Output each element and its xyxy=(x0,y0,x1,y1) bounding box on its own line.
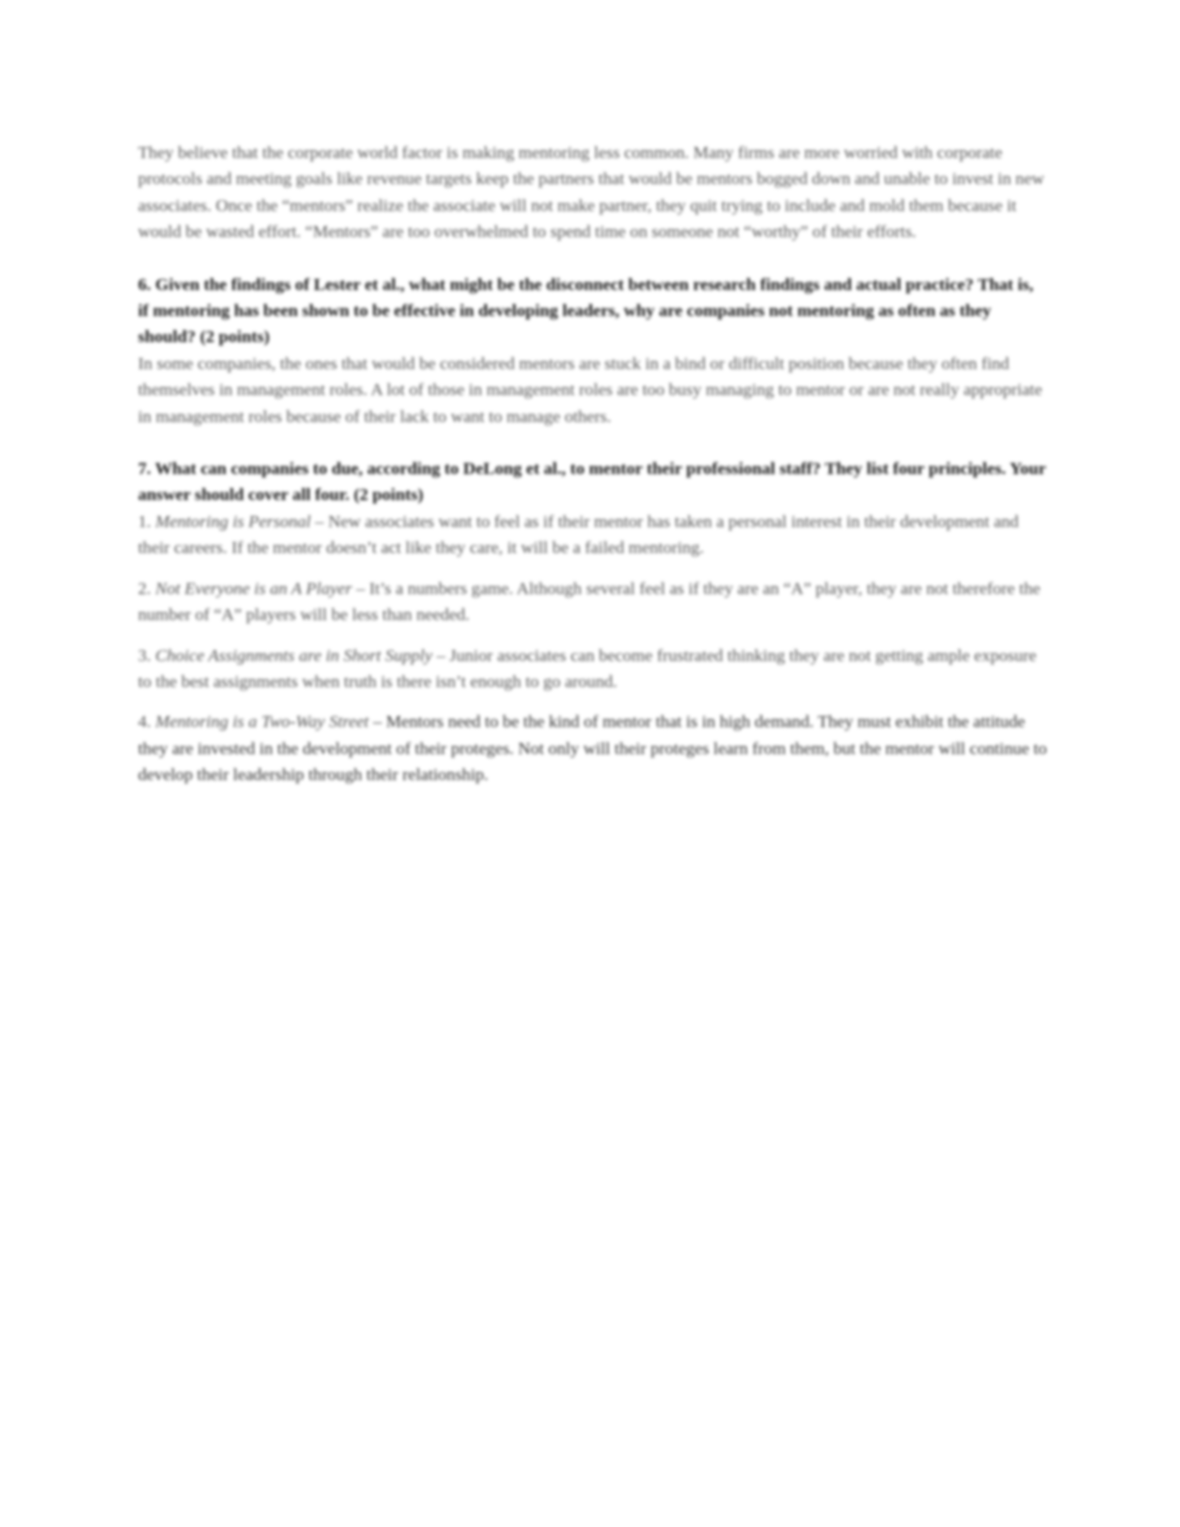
question-6-heading: 6. Given the findings of Lester et al., … xyxy=(138,272,1048,351)
principle-title: Mentoring is a Two-Way Street xyxy=(155,712,368,731)
principle-title: Choice Assignments are in Short Supply xyxy=(155,646,432,665)
principle-item: 2. Not Everyone is an A Player – It’s a … xyxy=(138,576,1048,629)
question-7-block: 7. What can companies to due, according … xyxy=(138,456,1048,788)
document-page: They believe that the corporate world fa… xyxy=(138,140,1048,815)
principle-number: 3. xyxy=(138,646,151,665)
principle-title: Not Everyone is an A Player xyxy=(155,579,352,598)
answer-paragraph-intro: They believe that the corporate world fa… xyxy=(138,140,1048,246)
principle-item: 4. Mentoring is a Two-Way Street – Mento… xyxy=(138,709,1048,788)
answer-6-paragraph: In some companies, the ones that would b… xyxy=(138,351,1048,430)
principle-number: 2. xyxy=(138,579,151,598)
question-7-heading: 7. What can companies to due, according … xyxy=(138,456,1048,509)
principle-item: 1. Mentoring is Personal – New associate… xyxy=(138,509,1048,562)
question-6-block: 6. Given the findings of Lester et al., … xyxy=(138,272,1048,430)
principle-item: 3. Choice Assignments are in Short Suppl… xyxy=(138,643,1048,696)
principle-number: 4. xyxy=(138,712,151,731)
principle-number: 1. xyxy=(138,512,151,531)
principle-title: Mentoring is Personal xyxy=(155,512,311,531)
